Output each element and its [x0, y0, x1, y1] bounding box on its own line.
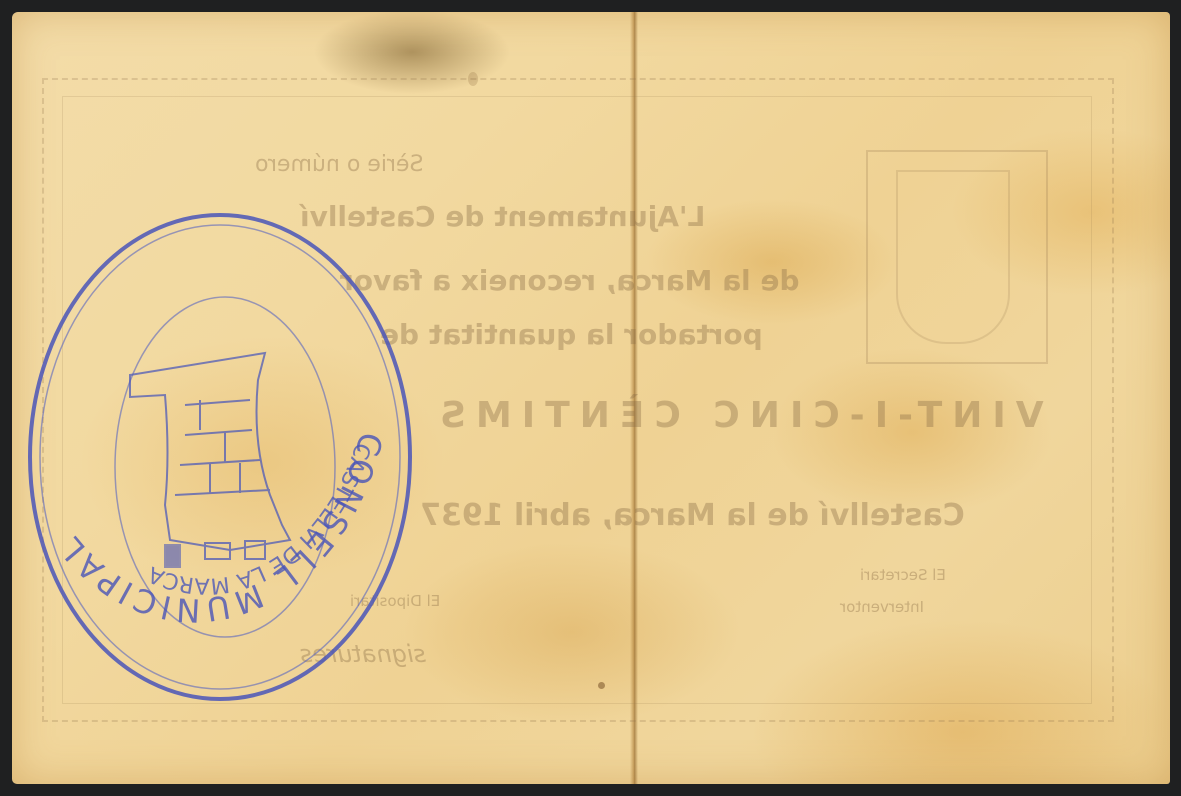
paper-stain — [468, 72, 478, 86]
stamp-text-bottom: CONSELL MUNICIPAL DE — [20, 205, 390, 630]
bleed-text-portador: portador la quantitat de — [380, 318, 763, 351]
municipal-stamp: CASTELLVI DE LA MARCA CONSELL MUNICIPAL … — [20, 205, 420, 705]
bleed-text-interventor: Interventor — [840, 598, 924, 616]
coat-of-arms-shield-icon — [896, 170, 1010, 344]
castle-tower-icon — [130, 353, 290, 567]
bleed-text-date: Castellví de la Marca, abril 1937 — [420, 498, 965, 533]
paper-spot — [598, 682, 605, 689]
bleed-text-serie: Sèrie o número — [255, 152, 424, 177]
svg-text:CONSELL MUNICIPAL DE: CONSELL MUNICIPAL DE — [20, 205, 390, 630]
bleed-text-amount: VINT-I-CINC CÈNTIMS — [430, 395, 1044, 436]
bleed-text-secretari: El Secretari — [860, 566, 946, 584]
